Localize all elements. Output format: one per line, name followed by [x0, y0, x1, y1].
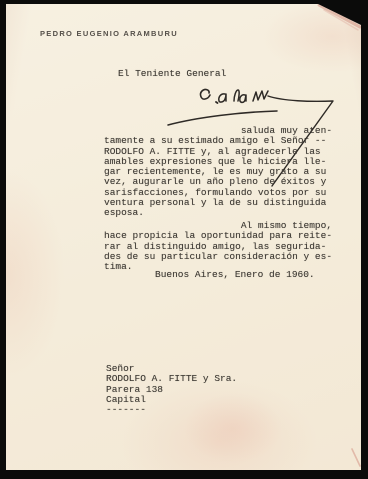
- letter-page: PEDRO EUGENIO ARAMBURU El Teniente Gener…: [6, 4, 361, 470]
- recipient-address-block: Señor RODOLFO A. FITTE y Sra. Parera 138…: [106, 364, 237, 415]
- body-paragraph-2: Al mismo tiempo, hace propicia la oportu…: [104, 221, 332, 272]
- dateline: Buenos Aires, Enero de 1960.: [155, 270, 315, 280]
- body-paragraph-1: saluda muy aten- tamente a su estimado a…: [104, 126, 332, 219]
- scanned-letter: PEDRO EUGENIO ARAMBURU El Teniente Gener…: [0, 0, 368, 479]
